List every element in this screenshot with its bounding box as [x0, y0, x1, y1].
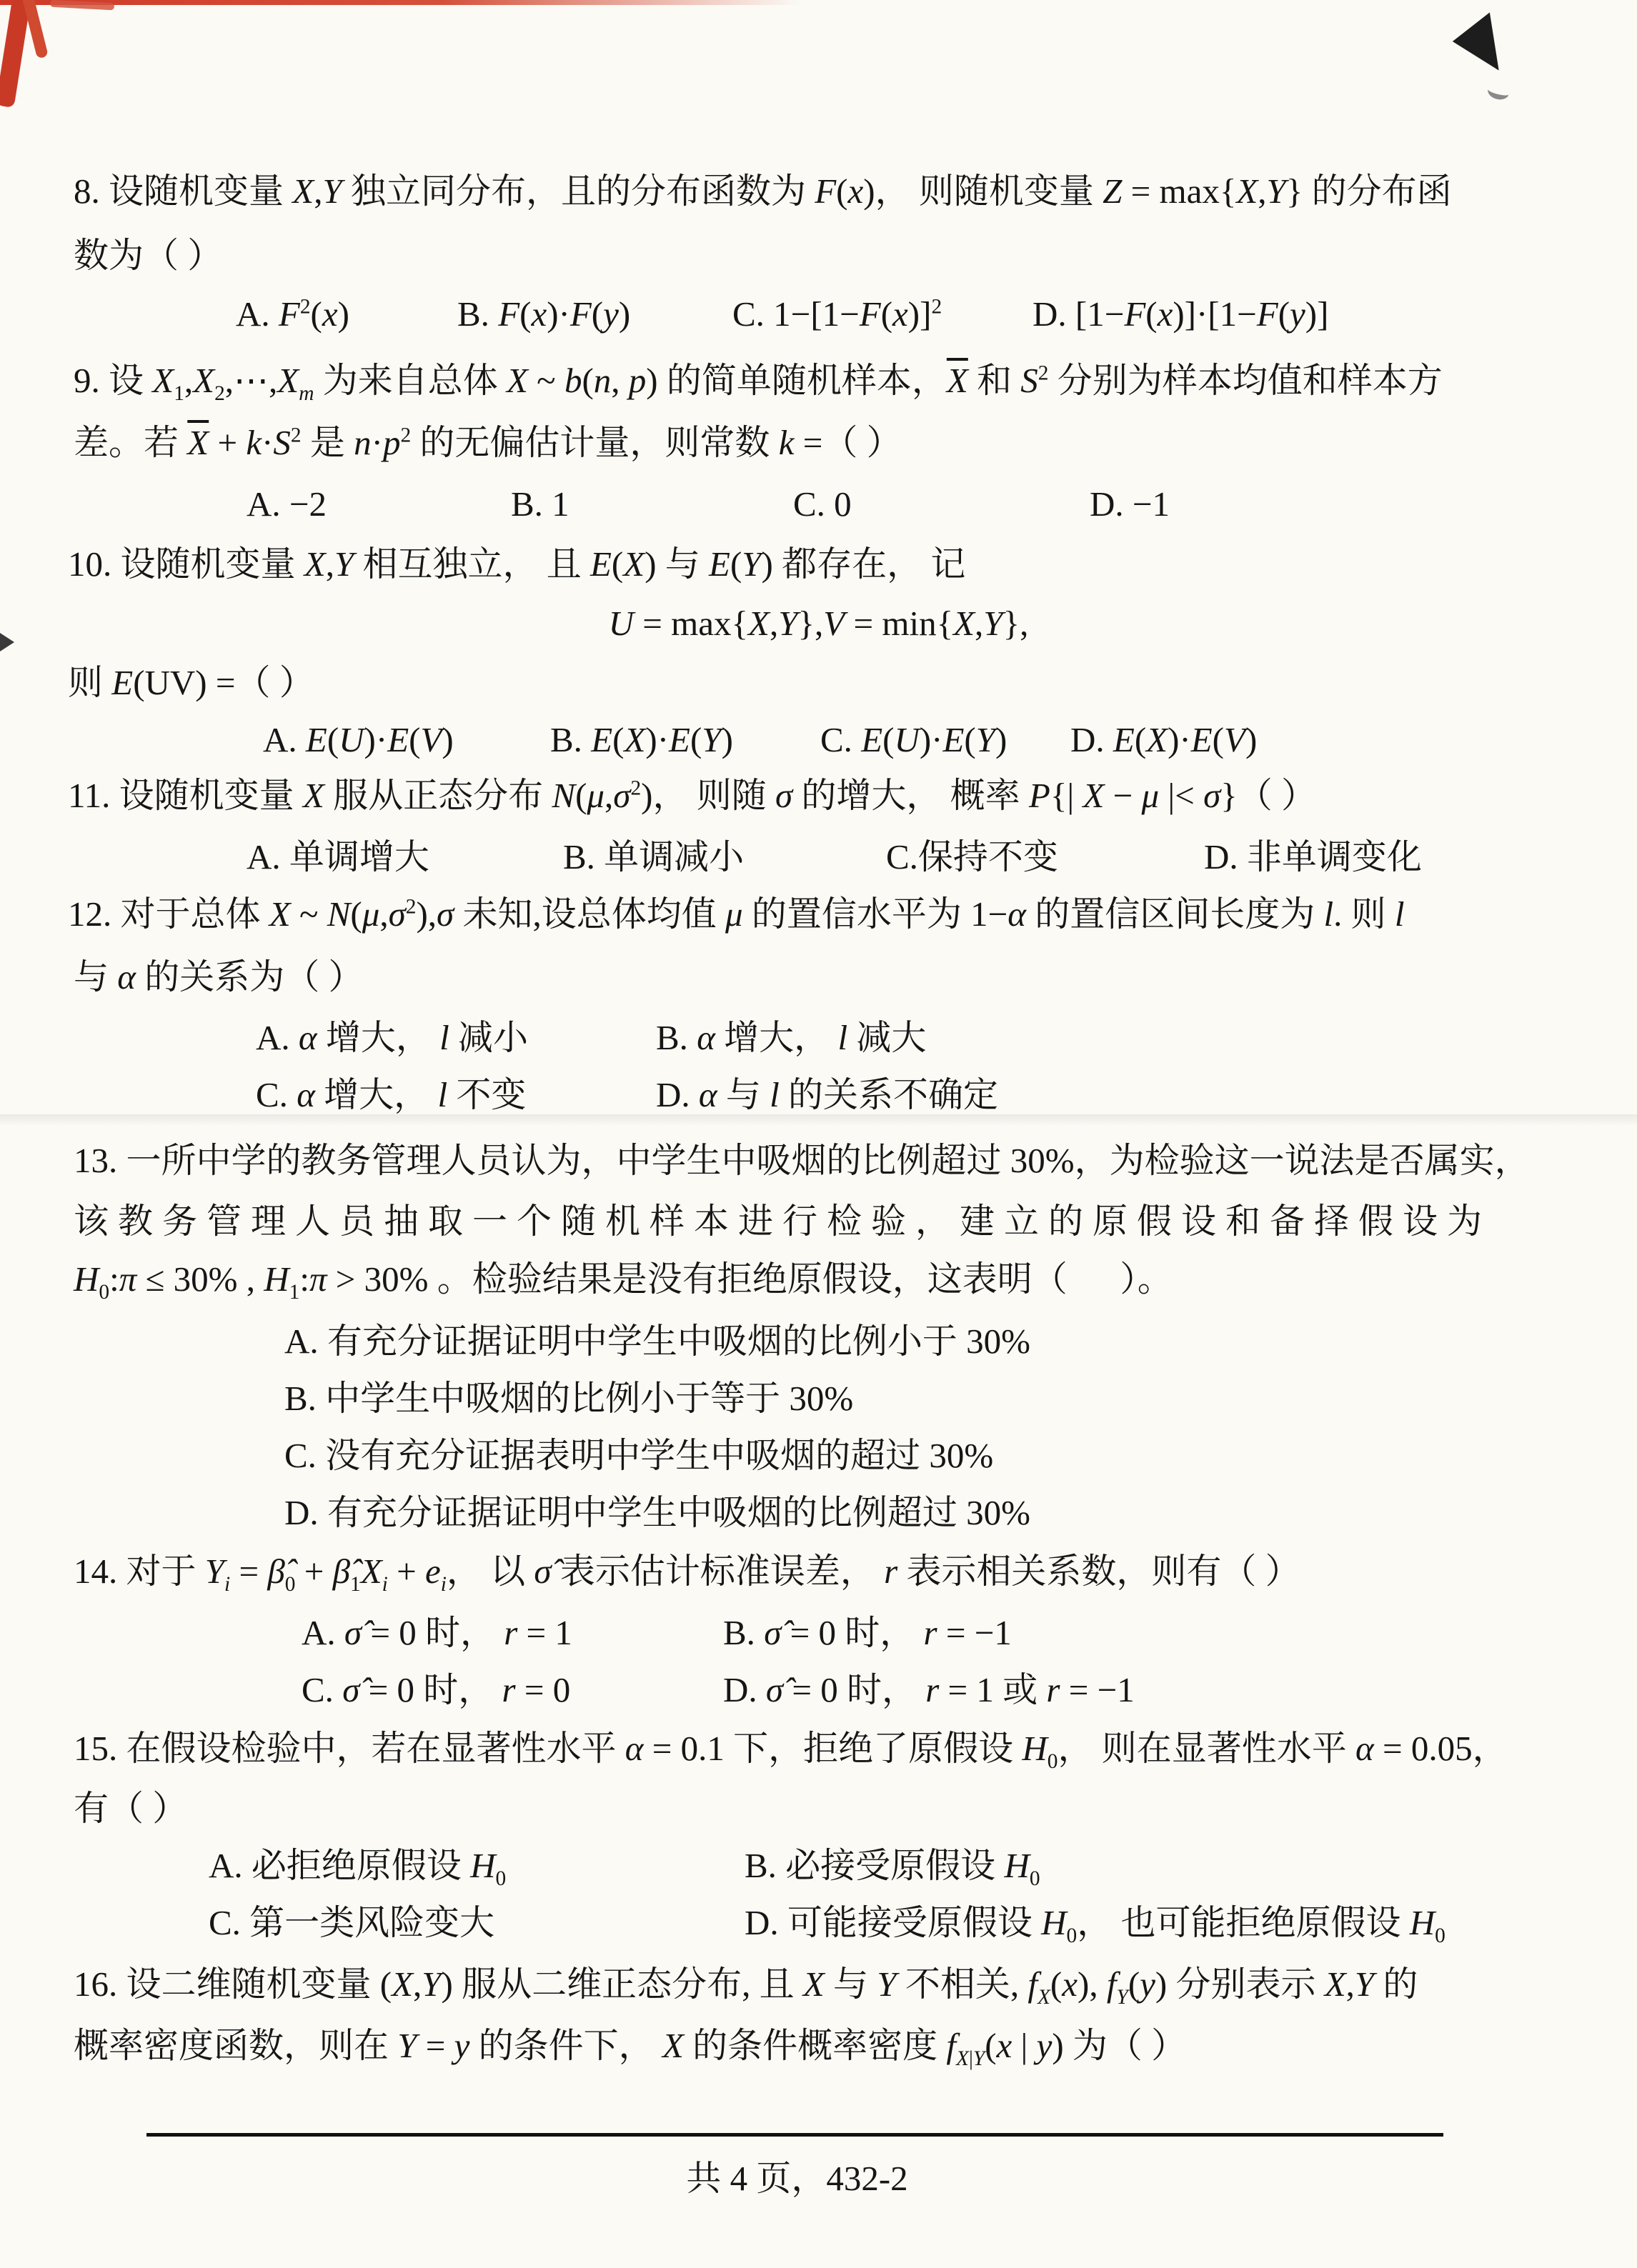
- cursor-arrow-tail-mark: [1486, 82, 1511, 102]
- q13-option-c: C. 没有充分证据表明中学生中吸烟的超过 30%: [284, 1436, 993, 1476]
- q11-option-d: D. 非单调变化: [1204, 837, 1422, 877]
- q10-option-c: C. E(U)·E(Y): [820, 720, 1007, 760]
- q13-line-3: H0:π ≤ 30% , H1:π > 30% 。检验结果是没有拒绝原假设，这表…: [74, 1259, 1173, 1299]
- q11-option-a: A. 单调增大: [247, 837, 429, 877]
- q9-line-2: 差。若 X + k·S2 是 n·p2 的无偏估计量，则常数 k =（ ）: [74, 423, 902, 463]
- q8-line-1: 8. 设随机变量 X,Y 独立同分布，且的分布函数为 F(x)， 则随机变量 Z…: [74, 171, 1452, 211]
- q12-line-2: 与 α 的关系为（ ）: [74, 957, 364, 997]
- q13-option-a: A. 有充分证据证明中学生中吸烟的比例小于 30%: [284, 1322, 1030, 1362]
- q14-option-d: D. σ̂ = 0 时， r = 1 或 r = −1: [723, 1670, 1135, 1710]
- q10-line-3: 则 E(UV) =（ ）: [68, 663, 314, 703]
- q10-formula: U = max{X,Y},V = min{X,Y},: [0, 604, 1637, 644]
- q12-line-1: 12. 对于总体 X ~ N(μ,σ2),σ 未知,设总体均值 μ 的置信水平为…: [68, 894, 1405, 934]
- q11-option-b: B. 单调减小: [563, 837, 744, 877]
- q9-option-c: C. 0: [793, 484, 852, 524]
- q16-line-2: 概率密度函数，则在 Y = y 的条件下， X 的条件概率密度 fX|Y(x |…: [74, 2026, 1186, 2066]
- exam-page: 8. 设随机变量 X,Y 独立同分布，且的分布函数为 F(x)， 则随机变量 Z…: [0, 0, 1637, 2268]
- scan-artifact-red-streak: [0, 0, 800, 5]
- q10-option-a: A. E(U)·E(V): [263, 720, 454, 760]
- q15-option-a: A. 必拒绝原假设 H0: [209, 1846, 506, 1886]
- q8-option-c: C. 1−[1−F(x)]2: [732, 294, 942, 334]
- q8-option-d: D. [1−F(x)]·[1−F(y)]: [1033, 294, 1328, 334]
- q14-line-1: 14. 对于 Yi = β̂0 + β̂1Xi + ei， 以 σ̂ 表示估计标…: [74, 1552, 1300, 1592]
- q11-line-1: 11. 设随机变量 X 服从正态分布 N(μ,σ2)， 则随 σ 的增大， 概率…: [68, 776, 1316, 816]
- q15-option-b: B. 必接受原假设 H0: [745, 1846, 1040, 1886]
- q16-line-1: 16. 设二维随机变量 (X,Y) 服从二维正态分布, 且 X 与 Y 不相关,…: [74, 1964, 1418, 2004]
- q12-option-c: C. α 增大， l 不变: [256, 1075, 526, 1115]
- q9-option-a: A. −2: [247, 484, 327, 524]
- q9-option-d: D. −1: [1090, 484, 1170, 524]
- q9-option-b: B. 1: [511, 484, 569, 524]
- q15-line-2: 有（ ）: [74, 1789, 187, 1829]
- q10-line-1: 10. 设随机变量 X,Y 相互独立， 且 E(X) 与 E(Y) 都存在， 记: [68, 544, 965, 584]
- q12-option-b: B. α 增大， l 减大: [656, 1018, 926, 1058]
- cursor-arrow-icon: [1453, 12, 1521, 81]
- scan-artifact-band: [0, 1114, 1637, 1126]
- q9-line-1: 9. 设 X1,X2,⋯,Xm 为来自总体 X ~ b(n, p) 的简单随机样…: [74, 361, 1443, 401]
- q10-option-d: D. E(X)·E(V): [1070, 720, 1257, 760]
- q13-line-2: 该教务管理人员抽取一个随机样本进行检验，建立的原假设和备择假设为: [74, 1202, 1491, 1242]
- footer-rule: [146, 2133, 1443, 2137]
- q13-option-b: B. 中学生中吸烟的比例小于等于 30%: [284, 1379, 853, 1419]
- q13-line-1: 13. 一所中学的教务管理人员认为，中学生中吸烟的比例超过 30%，为检验这一说…: [74, 1141, 1530, 1181]
- page-footer: 共 4 页，432-2: [0, 2159, 1616, 2199]
- q10-option-b: B. E(X)·E(Y): [550, 720, 733, 760]
- q8-line-2: 数为（ ）: [74, 236, 222, 276]
- q15-option-c: C. 第一类风险变大: [209, 1903, 494, 1943]
- q8-option-b: B. F(x)·F(y): [457, 294, 630, 334]
- q14-option-c: C. σ̂ = 0 时， r = 0: [302, 1670, 570, 1710]
- q15-option-d: D. 可能接受原假设 H0， 也可能拒绝原假设 H0: [745, 1903, 1446, 1943]
- q15-line-1: 15. 在假设检验中，若在显著性水平 α = 0.1 下，拒绝了原假设 H0， …: [74, 1729, 1508, 1769]
- q8-option-a: A. F2(x): [236, 294, 349, 334]
- q11-option-c: C.保持不变: [886, 837, 1058, 877]
- q13-option-d: D. 有充分证据证明中学生中吸烟的比例超过 30%: [284, 1493, 1030, 1533]
- q12-option-a: A. α 增大， l 减小: [256, 1018, 528, 1058]
- q14-option-b: B. σ̂ = 0 时， r = −1: [723, 1613, 1012, 1653]
- q12-option-d: D. α 与 l 的关系不确定: [656, 1075, 998, 1115]
- q14-option-a: A. σ̂ = 0 时， r = 1: [302, 1613, 572, 1653]
